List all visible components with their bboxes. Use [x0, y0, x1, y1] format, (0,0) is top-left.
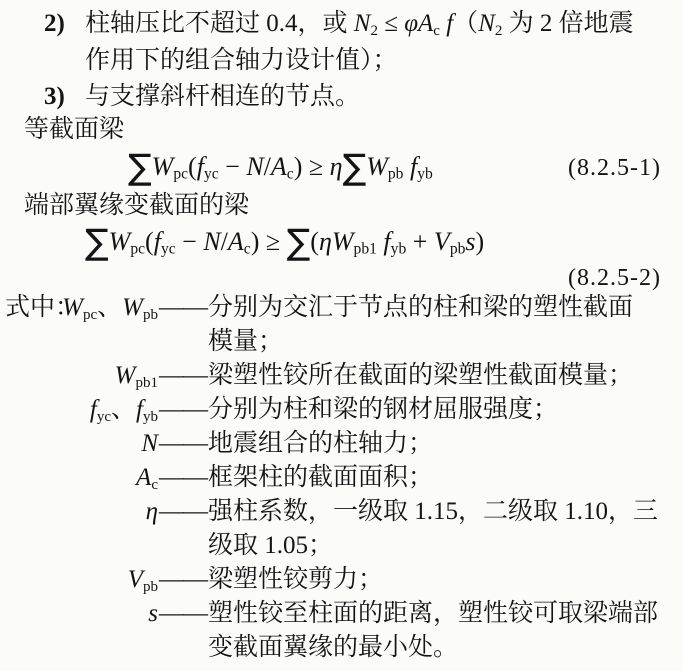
- equation-number-8-2-5-1: (8.2.5-1): [568, 155, 661, 182]
- definition-row-ac: Ac —— 框架柱的截面面积；: [5, 461, 683, 495]
- definition-text: 分别为交汇于节点的柱和梁的塑性截面 模量；: [208, 291, 683, 359]
- definition-term: Wpb1: [5, 359, 158, 393]
- definition-term: fyc、fyb: [5, 393, 158, 427]
- definition-text: 梁塑性铰所在截面的梁塑性截面模量；: [208, 359, 683, 393]
- formula-8-2-5-1: ∑Wpc(fyc − N/Ac) ≥ η∑Wpb fyb: [128, 150, 433, 185]
- subhead-uniform-beam: 等截面梁: [0, 115, 683, 145]
- formula-block-1: ∑Wpc(fyc − N/Ac) ≥ η∑Wpb fyb (8.2.5-1): [0, 145, 683, 191]
- definition-dash: ——: [158, 597, 208, 665]
- list-item-3-marker: 3): [44, 79, 85, 115]
- equation-number-8-2-5-2: (8.2.5-2): [0, 265, 683, 291]
- definition-row-wpb1: Wpb1 —— 梁塑性铰所在截面的梁塑性截面模量；: [5, 359, 683, 393]
- list-item-2-text: 柱轴压比不超过 0.4，或 N2 ≤ φAc f（N2 为 2 倍地震 作用下的…: [85, 5, 634, 79]
- document-page: 2) 柱轴压比不超过 0.4，或 N2 ≤ φAc f（N2 为 2 倍地震 作…: [0, 0, 683, 671]
- definition-text: 框架柱的截面面积；: [208, 461, 683, 495]
- where-prefix: 式中：: [5, 291, 80, 325]
- definition-text: 强柱系数，一级取 1.15，二级取 1.10，三 级取 1.05；: [208, 495, 683, 563]
- definition-dash: ——: [158, 563, 208, 597]
- definition-row-fyc-fyb: fyc、fyb —— 分别为柱和梁的钢材屈服强度；: [5, 393, 683, 427]
- subhead-tapered-beam: 端部翼缘变截面的梁: [0, 191, 683, 221]
- definition-term: N: [5, 427, 158, 461]
- definition-text: 地震组合的柱轴力；: [208, 427, 683, 461]
- definition-dash: ——: [158, 495, 208, 563]
- definition-row-n: N —— 地震组合的柱轴力；: [5, 427, 683, 461]
- definition-term: Vpb: [5, 563, 158, 597]
- definition-term: s: [5, 597, 158, 665]
- list-item-2-marker: 2): [44, 5, 85, 79]
- definition-text: 分别为柱和梁的钢材屈服强度；: [208, 393, 683, 427]
- definition-dash: ——: [158, 461, 208, 495]
- list-item-3-text: 与支撑斜杆相连的节点。: [85, 79, 360, 115]
- definition-text: 塑性铰至柱面的距离，塑性铰可取梁端部 变截面翼缘的最小处。: [208, 597, 683, 665]
- formula-8-2-5-2: ∑Wpc(fyc − N/Ac) ≥ ∑(ηWpb1 fyb + Vpbs): [85, 225, 484, 260]
- definition-dash: ——: [158, 427, 208, 461]
- list-item-2: 2) 柱轴压比不超过 0.4，或 N2 ≤ φAc f（N2 为 2 倍地震 作…: [0, 5, 683, 79]
- definition-text: 梁塑性铰剪力；: [208, 563, 683, 597]
- definition-term: η: [5, 495, 158, 563]
- definition-term: Ac: [5, 461, 158, 495]
- definition-row-eta: η —— 强柱系数，一级取 1.15，二级取 1.10，三 级取 1.05；: [5, 495, 683, 563]
- where-clause: 式中： Wpc、Wpb —— 分别为交汇于节点的柱和梁的塑性截面 模量； Wpb…: [0, 291, 683, 665]
- definition-dash: ——: [158, 359, 208, 393]
- formula-block-2: ∑Wpc(fyc − N/Ac) ≥ ∑(ηWpb1 fyb + Vpbs): [0, 221, 683, 265]
- definition-row-wpc-wpb: 式中： Wpc、Wpb —— 分别为交汇于节点的柱和梁的塑性截面 模量；: [5, 291, 683, 359]
- definition-dash: ——: [158, 291, 208, 359]
- definition-dash: ——: [158, 393, 208, 427]
- definition-row-s: s —— 塑性铰至柱面的距离，塑性铰可取梁端部 变截面翼缘的最小处。: [5, 597, 683, 665]
- list-item-3: 3) 与支撑斜杆相连的节点。: [0, 79, 683, 115]
- definition-row-vpb: Vpb —— 梁塑性铰剪力；: [5, 563, 683, 597]
